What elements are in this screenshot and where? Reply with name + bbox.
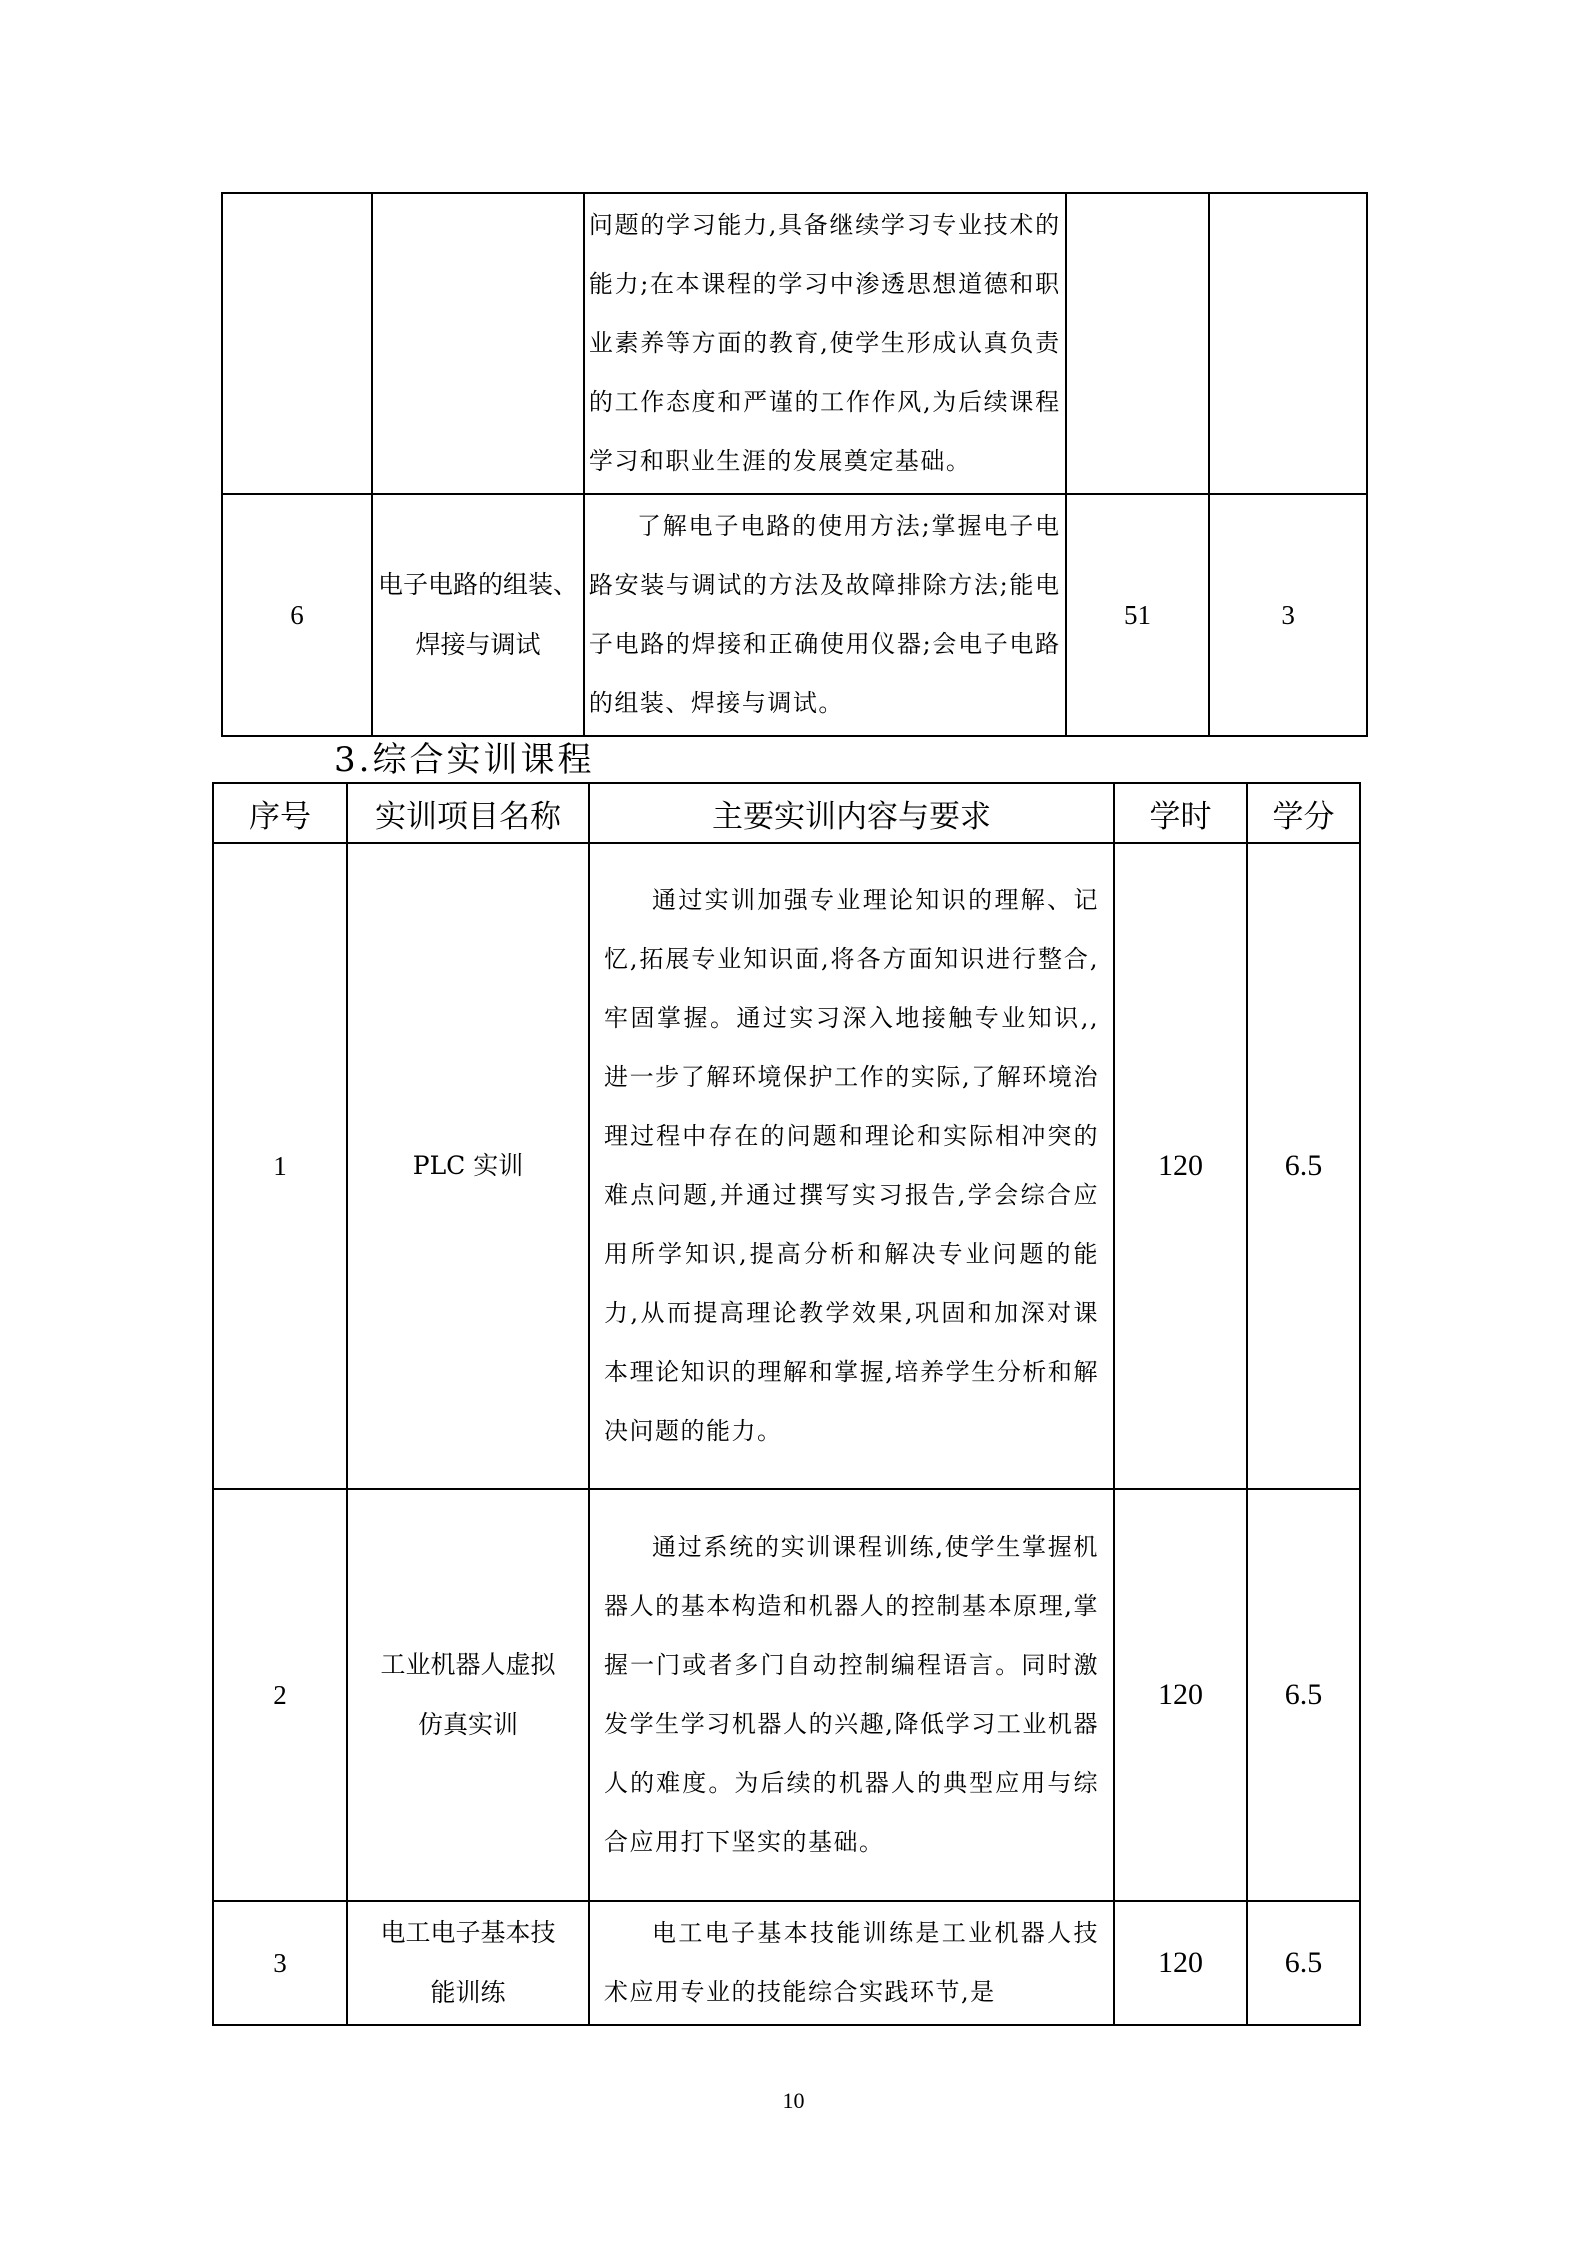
table-header-row: 序号 实训项目名称 主要实训内容与要求 学时 学分 xyxy=(213,783,1360,843)
index-cell: 1 xyxy=(213,843,347,1489)
table-row: 问题的学习能力,具备继续学习专业技术的能力;在本课程的学习中渗透思想道德和职业素… xyxy=(222,193,1367,494)
table-row: 6 电子电路的组装、焊接与调试 了解电子电路的使用方法;掌握电子电路安装与调试的… xyxy=(222,494,1367,736)
hours-cell: 120 xyxy=(1114,1901,1247,2025)
credits-cell: 6.5 xyxy=(1247,1901,1360,2025)
credits-cell: 6.5 xyxy=(1247,1489,1360,1901)
index-cell xyxy=(222,193,372,494)
project-name-cell: 工业机器人虚拟仿真实训 xyxy=(347,1489,589,1901)
project-content-cell: 通过系统的实训课程训练,使学生掌握机器人的基本构造和机器人的控制基本原理,掌握一… xyxy=(589,1489,1114,1901)
course-name-cell xyxy=(372,193,584,494)
project-name-cell: PLC 实训 xyxy=(347,843,589,1489)
course-content-cell: 问题的学习能力,具备继续学习专业技术的能力;在本课程的学习中渗透思想道德和职业素… xyxy=(584,193,1066,494)
hours-cell: 120 xyxy=(1114,1489,1247,1901)
table-row: 3 电工电子基本技能训练 电工电子基本技能训练是工业机器人技术应用专业的技能综合… xyxy=(213,1901,1360,2025)
project-content-cell: 通过实训加强专业理论知识的理解、记忆,拓展专业知识面,将各方面知识进行整合,牢固… xyxy=(589,843,1114,1489)
course-name-cell: 电子电路的组装、焊接与调试 xyxy=(372,494,584,736)
credits-cell: 3 xyxy=(1209,494,1367,736)
hours-cell: 120 xyxy=(1114,843,1247,1489)
training-course-table: 序号 实训项目名称 主要实训内容与要求 学时 学分 1 PLC 实训 通过实训加… xyxy=(212,782,1361,2026)
index-cell: 2 xyxy=(213,1489,347,1901)
project-name-cell: 电工电子基本技能训练 xyxy=(347,1901,589,2025)
credits-cell: 6.5 xyxy=(1247,843,1360,1489)
index-cell: 6 xyxy=(222,494,372,736)
hours-cell xyxy=(1066,193,1210,494)
hours-cell: 51 xyxy=(1066,494,1210,736)
header-hours: 学时 xyxy=(1114,783,1247,843)
project-content-cell: 电工电子基本技能训练是工业机器人技术应用专业的技能综合实践环节,是 xyxy=(589,1901,1114,2025)
course-content-cell: 了解电子电路的使用方法;掌握电子电路安装与调试的方法及故障排除方法;能电子电路的… xyxy=(584,494,1066,736)
table-row: 1 PLC 实训 通过实训加强专业理论知识的理解、记忆,拓展专业知识面,将各方面… xyxy=(213,843,1360,1489)
header-credits: 学分 xyxy=(1247,783,1360,843)
course-table-continued: 问题的学习能力,具备继续学习专业技术的能力;在本课程的学习中渗透思想道德和职业素… xyxy=(221,192,1368,737)
header-project-name: 实训项目名称 xyxy=(347,783,589,843)
header-index: 序号 xyxy=(213,783,347,843)
section-heading: 3.综合实训课程 xyxy=(334,732,594,781)
index-cell: 3 xyxy=(213,1901,347,2025)
header-content: 主要实训内容与要求 xyxy=(589,783,1114,843)
table-row: 2 工业机器人虚拟仿真实训 通过系统的实训课程训练,使学生掌握机器人的基本构造和… xyxy=(213,1489,1360,1901)
credits-cell xyxy=(1209,193,1367,494)
page-number: 10 xyxy=(0,2088,1587,2114)
